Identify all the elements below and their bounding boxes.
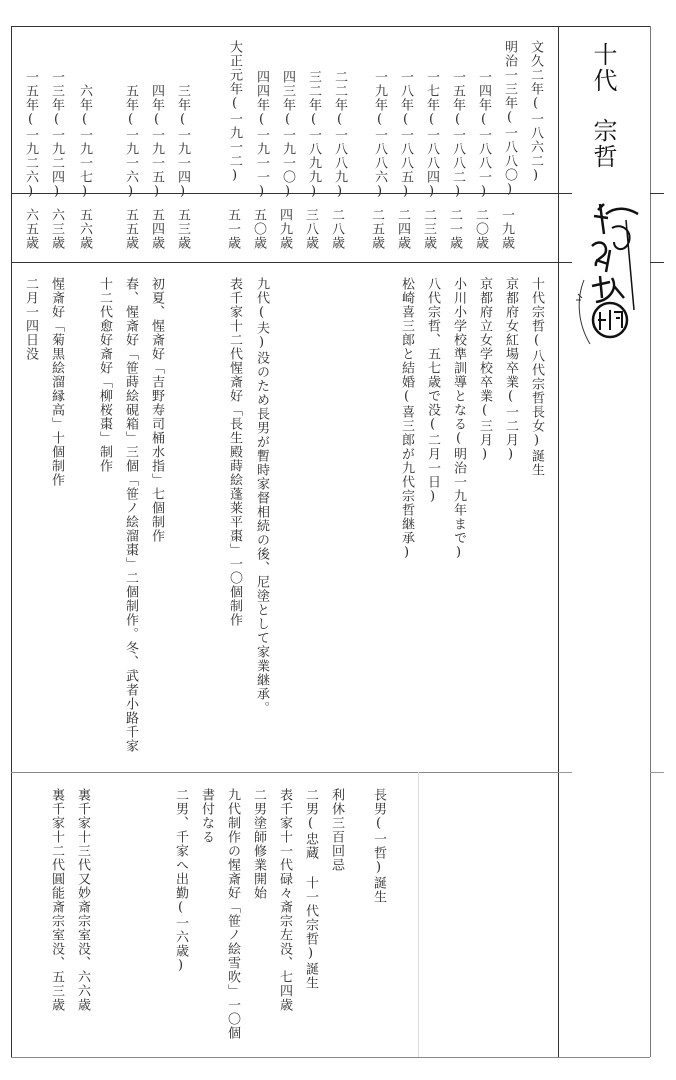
age: 二五歳 xyxy=(370,208,383,250)
title-generation: 十代 xyxy=(589,42,617,94)
age: 一九歳 xyxy=(500,208,513,250)
event: 京都府女紅場卒業(一二月) xyxy=(504,277,517,463)
general-event: 二男(忠蔵 十一代宗哲)誕生 xyxy=(304,788,317,990)
age: 五三歳 xyxy=(176,208,189,250)
general-event: 書付なる xyxy=(200,788,213,844)
year-1889: 二二年(一八八九) xyxy=(333,70,346,200)
year-1924: 一三年(一九二四) xyxy=(50,70,63,200)
age: 二三歳 xyxy=(422,208,435,250)
page-title: 十代宗哲 xyxy=(586,42,621,170)
event: 九代(夫)没のため長男が暫時家督相続の後、尼塗として家業継承。 xyxy=(255,277,268,715)
year-1882: 一五年(一八八二) xyxy=(451,70,464,200)
title-name: 宗哲 xyxy=(589,118,617,170)
signature-seal-icon xyxy=(570,190,640,360)
age: 五六歳 xyxy=(78,208,91,250)
year-1915: 四年(一九一五) xyxy=(150,84,163,200)
year-1917: 六年(一九一七) xyxy=(78,84,91,200)
age: 二四歳 xyxy=(396,208,409,250)
general-event: 利休三百回忌 xyxy=(330,788,343,872)
year-1884: 一七年(一八八四) xyxy=(425,70,438,200)
age: 五〇歳 xyxy=(252,208,265,250)
event: 表千家十二代惺斎好「長生殿蒔絵蓬莱平棗」一〇個制作 xyxy=(228,277,241,627)
general-event: 九代制作の惺斎好「笹ノ絵雪吹」一〇個 xyxy=(226,788,239,1040)
year-1912: 大正元年(一九一二) xyxy=(228,40,241,184)
year-1881: 一四年(一八八一) xyxy=(477,70,490,200)
event: 京都府立女学校卒業(三月) xyxy=(478,277,491,463)
age: 五五歳 xyxy=(124,208,137,250)
age: 二〇歳 xyxy=(474,208,487,250)
year-1886: 一九年(一八八六) xyxy=(373,70,386,200)
age: 四九歳 xyxy=(278,208,291,250)
frame-outer-right xyxy=(650,26,651,1057)
event: 惺斎好「菊黒絵溜縁高」十個制作 xyxy=(50,277,63,487)
year-1911: 四四年(一九一一) xyxy=(255,70,268,200)
general-gap xyxy=(418,772,419,1057)
age: 六五歳 xyxy=(24,208,37,250)
event: 八代宗哲、五七歳で没(二月一日) xyxy=(426,277,439,505)
general-event: 二男塗師修業開始 xyxy=(252,788,265,900)
general-event: 表千家十一代碌々斎宗左没、七四歳 xyxy=(278,788,291,1012)
year-1916: 五年(一九一六) xyxy=(124,84,137,200)
age: 三八歳 xyxy=(304,208,317,250)
event: 松崎喜三郎と結婚(喜三郎が九代宗哲継承) xyxy=(400,277,413,561)
divider-general xyxy=(11,772,558,773)
year-1910: 四三年(一九一〇) xyxy=(281,70,294,200)
frame-top-right xyxy=(558,26,650,27)
frame-top xyxy=(11,26,558,27)
year-1899: 三二年(一八九九) xyxy=(307,70,320,200)
frame-inner-right xyxy=(558,26,559,1057)
general-event: 二男、千家へ出勤(一六歳) xyxy=(174,788,187,974)
age: 六三歳 xyxy=(50,208,63,250)
divider-ages xyxy=(11,262,558,263)
year-1880: 明治一三年(一八八〇) xyxy=(503,40,516,198)
tick-3 xyxy=(650,772,664,773)
frame-bottom xyxy=(11,1057,650,1058)
event: 初夏、惺斎好「吉野寿司桶水指」七個制作 xyxy=(150,277,163,543)
age: 二八歳 xyxy=(330,208,343,250)
tick-1 xyxy=(650,193,664,194)
age: 五一歳 xyxy=(226,208,239,250)
age: 五四歳 xyxy=(150,208,163,250)
event: 十二代愈好斎好「柳桜棗」制作 xyxy=(98,277,111,473)
general-event: 裏千家十二代圓能斎宗室没、五三歳 xyxy=(50,788,63,1012)
tick-6 xyxy=(558,772,572,773)
event: 春、惺斎好「笹蒔絵硯箱」三個「笹ノ絵溜棗」二個制作。冬、武者小路千家 xyxy=(124,277,137,753)
age: 二一歳 xyxy=(448,208,461,250)
year-1914: 三年(一九一四) xyxy=(176,84,189,200)
year-1862: 文久二年(一八六二) xyxy=(529,40,542,184)
year-1885: 一八年(一八八五) xyxy=(399,70,412,200)
general-event: 裏千家十三代又妙斎宗室没、六六歳 xyxy=(76,788,89,1012)
event: 十代宗哲(八代宗哲長女)誕生 xyxy=(530,277,543,477)
general-event: 長男(一哲)誕生 xyxy=(372,788,385,904)
year-1926: 一五年(一九二六) xyxy=(24,70,37,200)
frame-left xyxy=(11,26,12,1057)
event: 小川小学校準訓導となる(明治一九年まで) xyxy=(452,277,465,561)
tick-2 xyxy=(650,262,664,263)
event: 二月一四日没 xyxy=(24,277,37,361)
